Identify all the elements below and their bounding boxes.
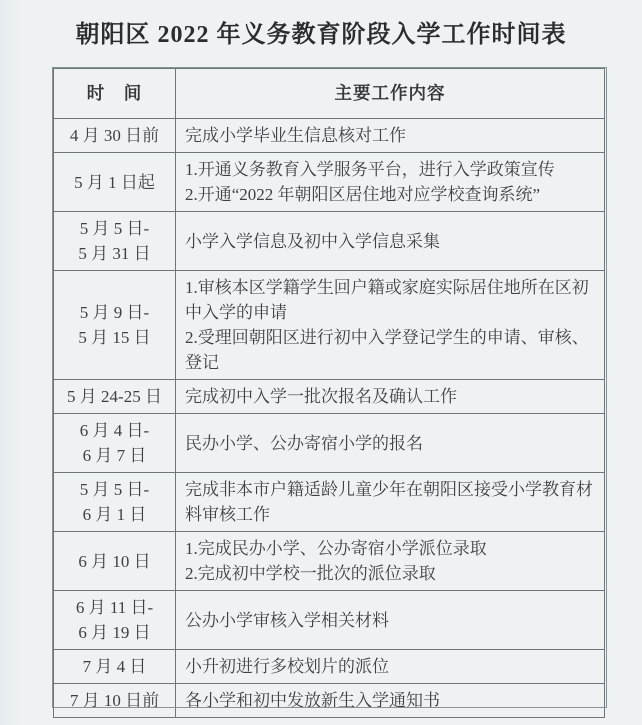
table-row: 6 月 4 日- 6 月 7 日 民办小学、公办寄宿小学的报名 [54,414,605,473]
time-cell: 5 月 5 日- 5 月 31 日 [54,212,176,271]
header-content: 主要工作内容 [176,69,605,119]
table-row: 5 月 5 日- 6 月 1 日 完成非本市户籍适龄儿童少年在朝阳区接受小学教育… [54,473,605,532]
time-cell: 6 月 11 日- 6 月 19 日 [54,591,176,650]
content-cell: 1.审核本区学籍学生回户籍或家庭实际居住地所在区初中入学的申请 2.受理回朝阳区… [176,271,605,380]
time-cell: 6 月 10 日 [54,532,176,591]
time-cell: 5 月 24-25 日 [54,380,176,414]
table-row: 5 月 9 日- 5 月 15 日 1.审核本区学籍学生回户籍或家庭实际居住地所… [54,271,605,380]
content-cell: 完成非本市户籍适龄儿童少年在朝阳区接受小学教育材料审核工作 [176,473,605,532]
header-row: 时 间 主要工作内容 [54,69,605,119]
content-cell: 公办小学审核入学相关材料 [176,591,605,650]
time-cell: 7 月 10 日前 [54,684,176,718]
table-row: 6 月 10 日 1.完成民办小学、公办寄宿小学派位录取 2.完成初中学校一批次… [54,532,605,591]
content-cell: 民办小学、公办寄宿小学的报名 [176,414,605,473]
content-cell: 完成初中入学一批次报名及确认工作 [176,380,605,414]
table-row: 7 月 10 日前 各小学和初中发放新生入学通知书 [54,684,605,718]
page-title: 朝阳区 2022 年义务教育阶段入学工作时间表 [0,14,642,49]
header-time: 时 间 [54,69,176,119]
content-cell: 完成小学毕业生信息核对工作 [176,119,605,153]
table-row: 6 月 11 日- 6 月 19 日 公办小学审核入学相关材料 [54,591,605,650]
time-cell: 5 月 5 日- 6 月 1 日 [54,473,176,532]
table-row: 5 月 5 日- 5 月 31 日 小学入学信息及初中入学信息采集 [54,212,605,271]
content-cell: 1.开通义务教育入学服务平台，进行入学政策宣传 2.开通“2022 年朝阳区居住… [176,153,605,212]
content-cell: 1.完成民办小学、公办寄宿小学派位录取 2.完成初中学校一批次的派位录取 [176,532,605,591]
time-cell: 4 月 30 日前 [54,119,176,153]
content-cell: 小升初进行多校划片的派位 [176,650,605,684]
content-cell: 小学入学信息及初中入学信息采集 [176,212,605,271]
table-row: 7 月 4 日 小升初进行多校划片的派位 [54,650,605,684]
time-cell: 7 月 4 日 [54,650,176,684]
time-cell: 6 月 4 日- 6 月 7 日 [54,414,176,473]
schedule-table: 时 间 主要工作内容 4 月 30 日前 完成小学毕业生信息核对工作 5 月 1… [53,68,605,718]
table-row: 5 月 24-25 日 完成初中入学一批次报名及确认工作 [54,380,605,414]
schedule-table-body: 4 月 30 日前 完成小学毕业生信息核对工作 5 月 1 日起 1.开通义务教… [54,119,605,718]
time-cell: 5 月 1 日起 [54,153,176,212]
time-cell: 5 月 9 日- 5 月 15 日 [54,271,176,380]
table-row: 4 月 30 日前 完成小学毕业生信息核对工作 [54,119,605,153]
table-row: 5 月 1 日起 1.开通义务教育入学服务平台，进行入学政策宣传 2.开通“20… [54,153,605,212]
content-cell: 各小学和初中发放新生入学通知书 [176,684,605,718]
